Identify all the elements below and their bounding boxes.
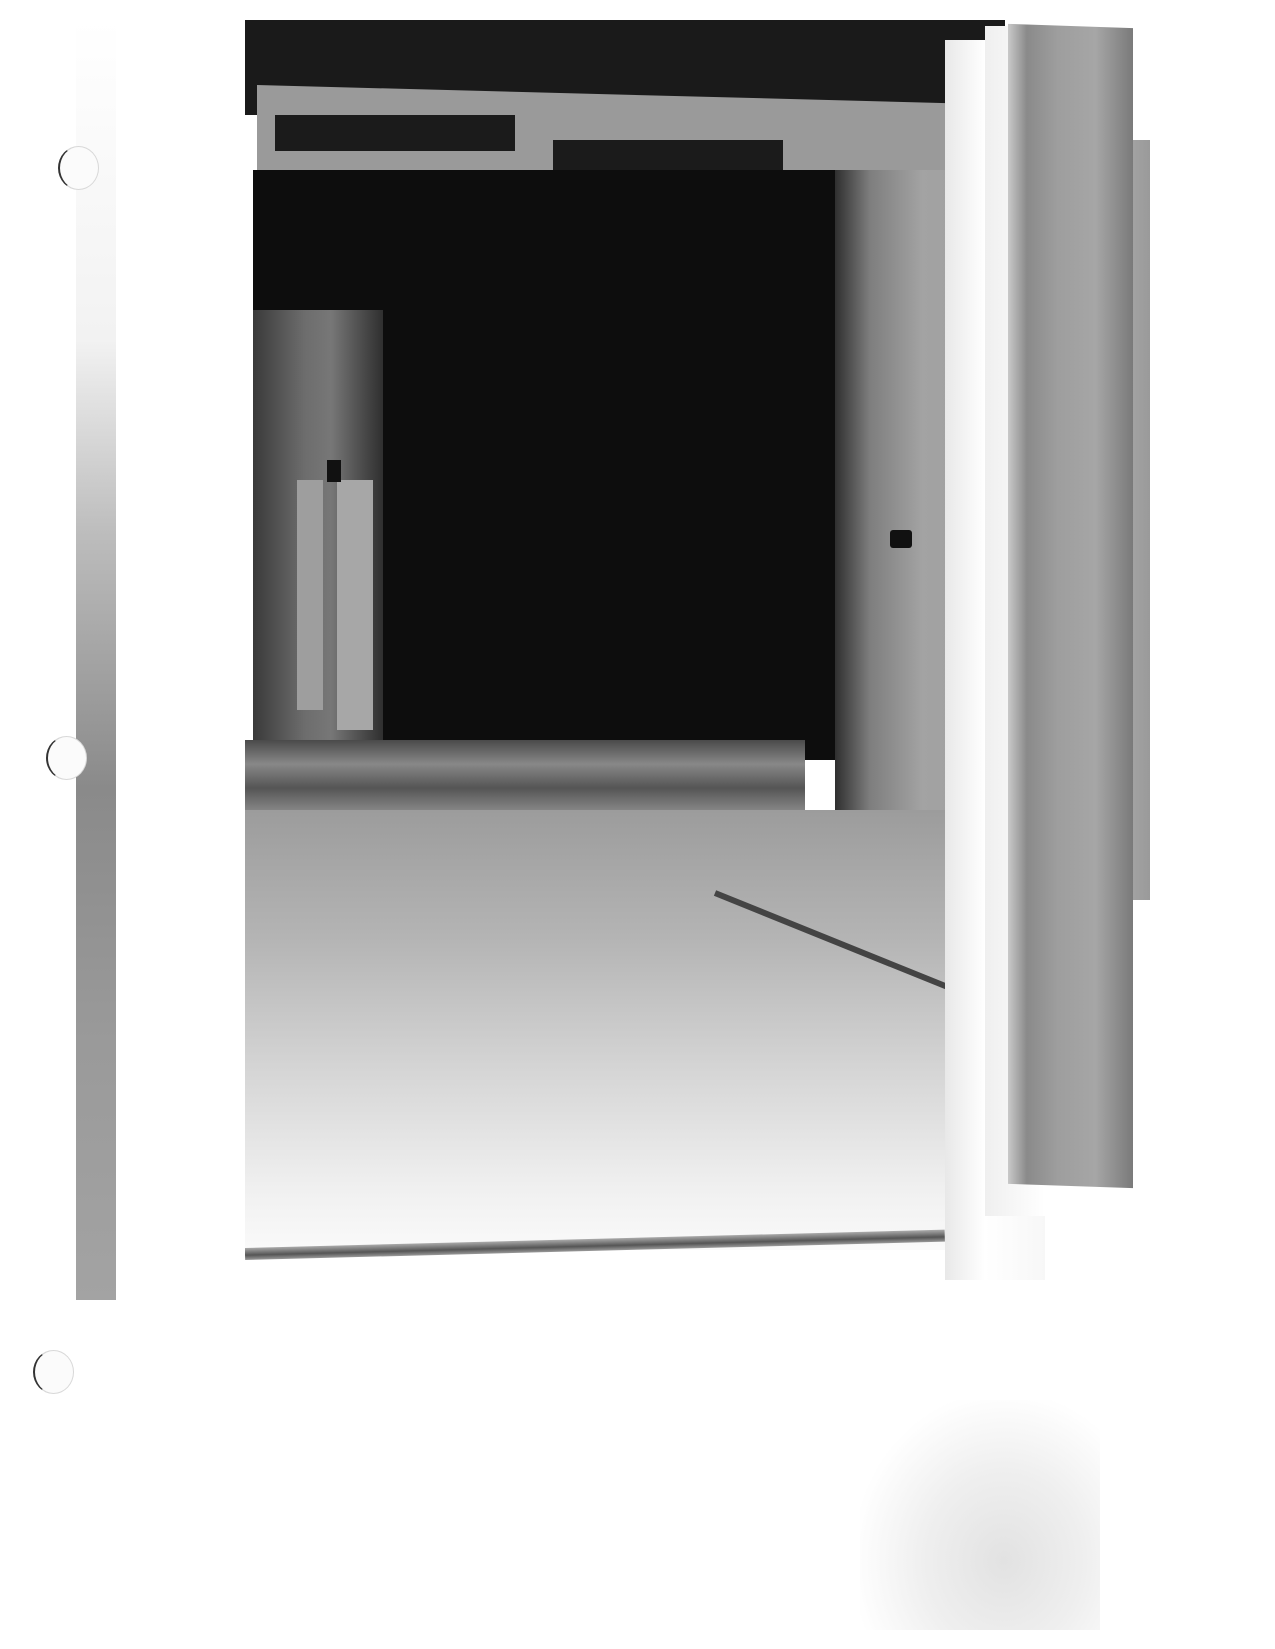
- ceiling-vent: [275, 115, 515, 151]
- binder-strip: [76, 20, 116, 1300]
- hole-punch-middle: [46, 736, 87, 780]
- wall-cutout: [890, 530, 912, 548]
- panel-cutout: [327, 460, 341, 482]
- back-sill: [245, 740, 805, 820]
- hole-punch-bottom: [33, 1350, 74, 1394]
- open-door: [1008, 24, 1133, 1188]
- panel-stripe: [297, 480, 323, 710]
- concrete-floor: [245, 810, 965, 1250]
- panel-stripe: [337, 480, 373, 730]
- scan-smudge: [860, 1400, 1100, 1630]
- hole-punch-top: [58, 146, 99, 190]
